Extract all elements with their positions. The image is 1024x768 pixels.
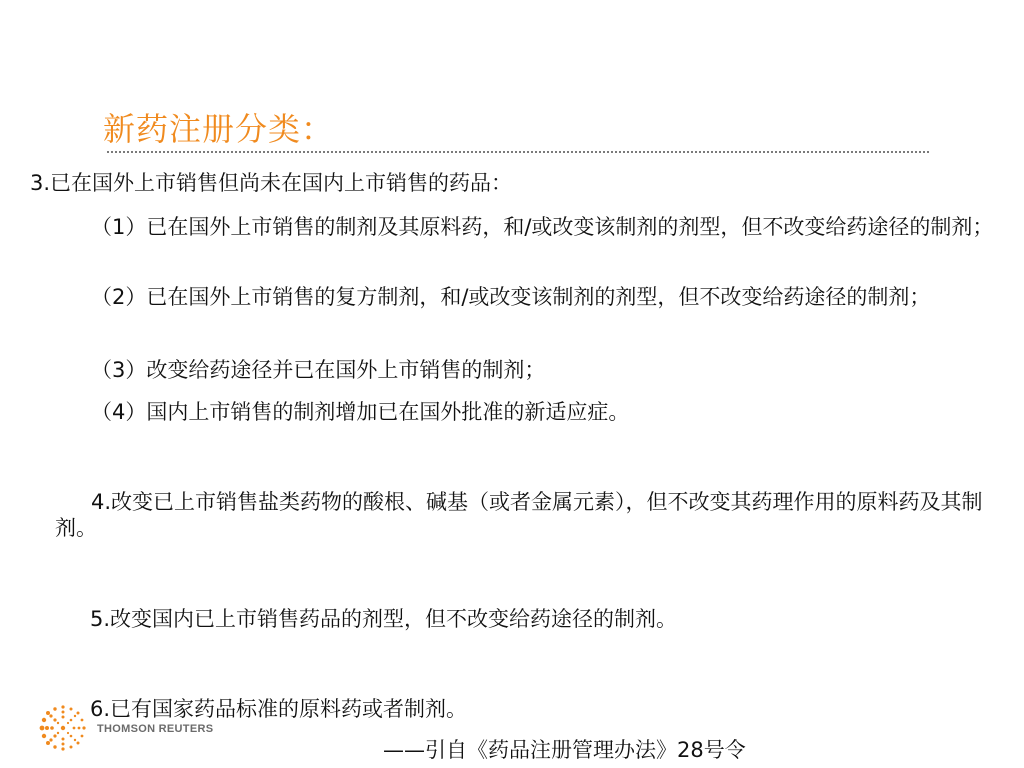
- title-divider: [107, 151, 929, 153]
- item-6: 6.已有国家药品标准的原料药或者制剂。: [90, 696, 467, 722]
- logo-text: THOMSON REUTERS: [97, 723, 213, 735]
- item-3-sub-4: （4）国内上市销售的制剂增加已在国外批准的新适应症。: [55, 399, 997, 425]
- item-3-sub-2: （2）已在国外上市销售的复方制剂，和/或改变该制剂的剂型，但不改变给药途径的制剂…: [55, 284, 997, 310]
- item-3-heading: 3.已在国外上市销售但尚未在国内上市销售的药品：: [30, 170, 512, 196]
- item-3-sub-1: （1）已在国外上市销售的制剂及其原料药，和/或改变该制剂的剂型，但不改变给药途径…: [55, 214, 997, 240]
- item-3-sub-3: （3）改变给药途径并已在国外上市销售的制剂；: [55, 357, 997, 383]
- item-5: 5.改变国内已上市销售药品的剂型，但不改变给药途径的制剂。: [90, 606, 677, 632]
- source-citation: ——引自《药品注册管理办法》28号令: [383, 734, 746, 764]
- item-4: 4.改变已上市销售盐类药物的酸根、碱基（或者金属元素），但不改变其药理作用的原料…: [55, 489, 997, 541]
- thomson-reuters-dot-sphere-icon: [38, 703, 98, 753]
- slide-title: 新药注册分类：: [103, 104, 334, 150]
